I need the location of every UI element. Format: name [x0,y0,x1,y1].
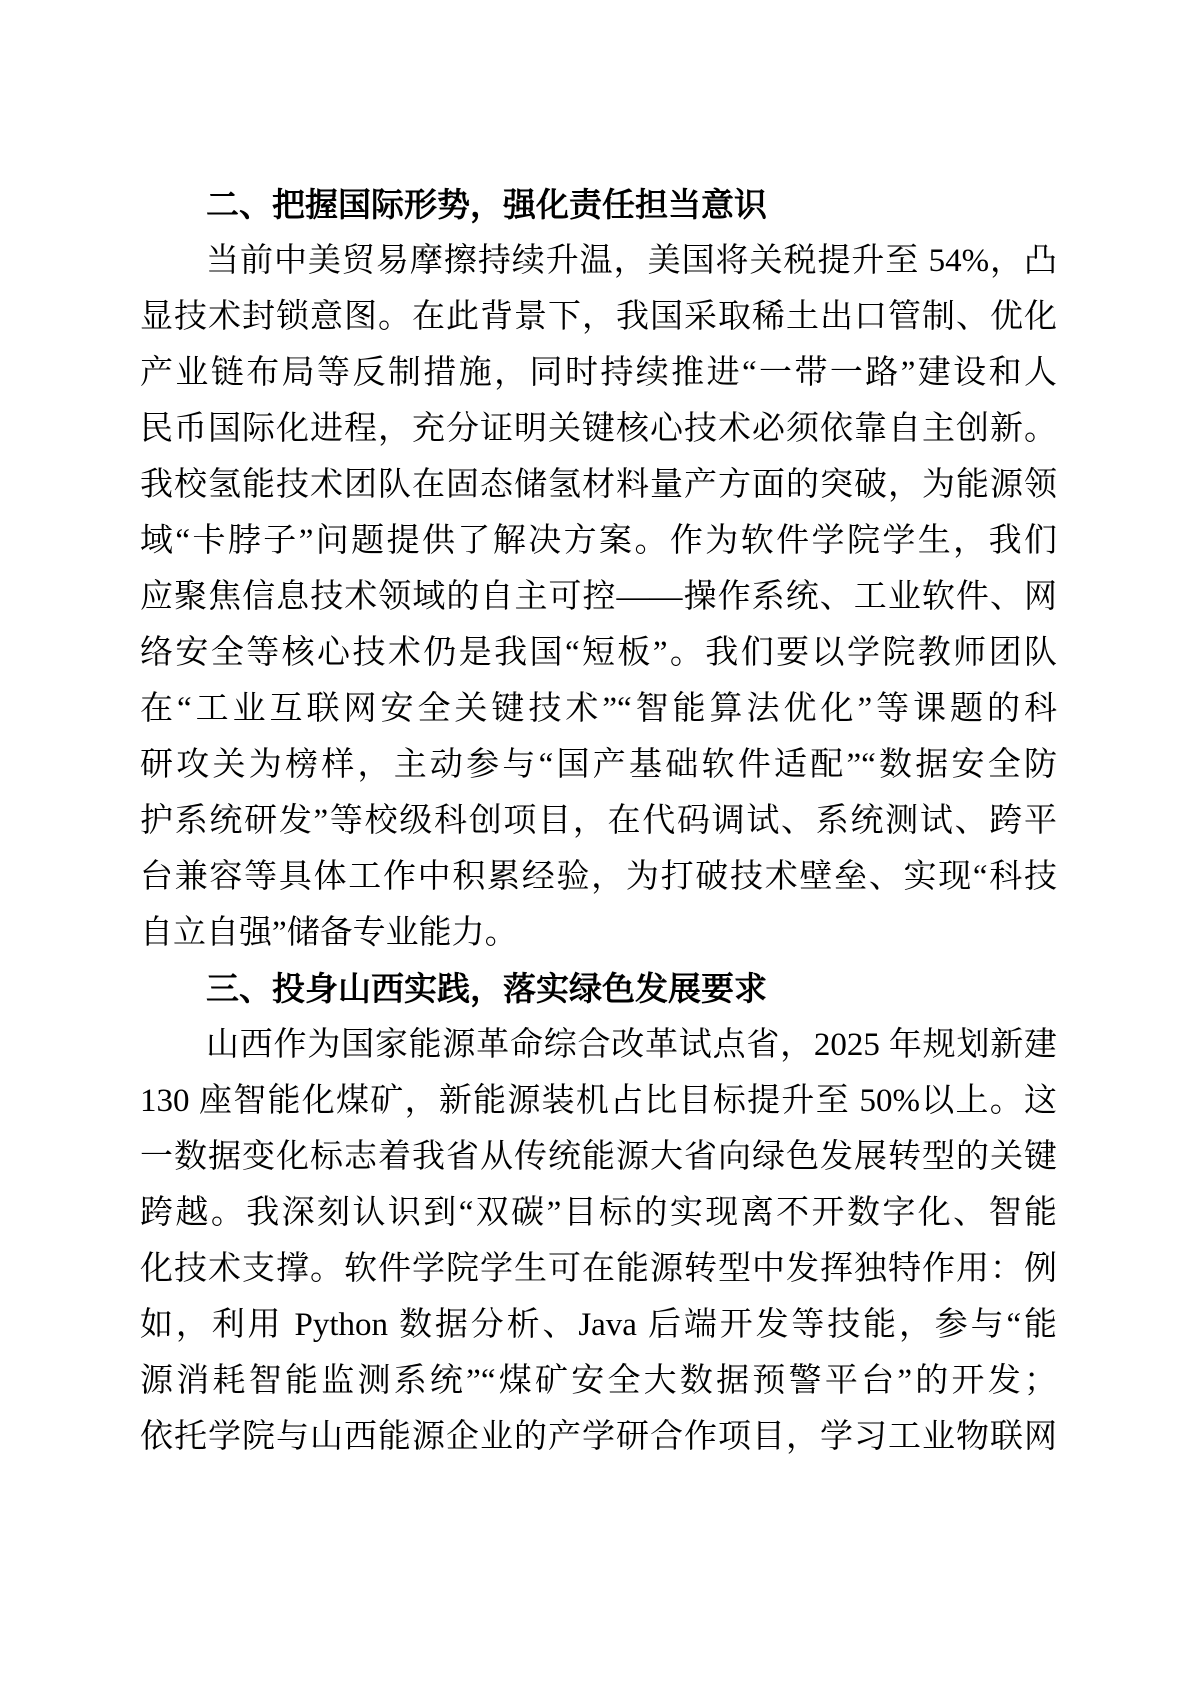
paragraph-line: 研攻关为榜样，主动参与“国产基础软件适配”“数据安全防 [140,737,1057,793]
paragraph-line: 显技术封锁意图。在此背景下，我国采取稀土出口管制、优化 [140,289,1057,345]
paragraph-line: 当前中美贸易摩擦持续升温，美国将关税提升至 54%，凸 [140,233,1057,289]
paragraph-line: 域“卡脖子”问题提供了解决方案。作为软件学院学生，我们 [140,513,1057,569]
document-section: 三、投身山西实践，落实绿色发展要求 山西作为国家能源革命综合改革试点省，2025… [140,961,1057,1465]
paragraph-line: 台兼容等具体工作中积累经验，为打破技术壁垒、实现“科技 [140,849,1057,905]
paragraph-line: 络安全等核心技术仍是我国“短板”。我们要以学院教师团队 [140,625,1057,681]
paragraph-line: 跨越。我深刻认识到“双碳”目标的实现离不开数字化、智能 [140,1185,1057,1241]
paragraph-line: 源消耗智能监测系统”“煤矿安全大数据预警平台”的开发； [140,1353,1057,1409]
paragraph-line: 产业链布局等反制措施，同时持续推进“一带一路”建设和人 [140,345,1057,401]
paragraph-line: 民币国际化进程，充分证明关键核心技术必须依靠自主创新。 [140,401,1057,457]
paragraph-line: 我校氢能技术团队在固态储氢材料量产方面的突破，为能源领 [140,457,1057,513]
paragraph-line: 依托学院与山西能源企业的产学研合作项目，学习工业物联网 [140,1409,1057,1465]
document-section: 二、把握国际形势，强化责任担当意识 当前中美贸易摩擦持续升温，美国将关税提升至 … [140,177,1057,961]
section-heading: 二、把握国际形势，强化责任担当意识 [140,177,1057,233]
paragraph-line: 一数据变化标志着我省从传统能源大省向绿色发展转型的关键 [140,1129,1057,1185]
paragraph-line: 护系统研发”等校级科创项目，在代码调试、系统测试、跨平 [140,793,1057,849]
paragraph-line: 化技术支撑。软件学院学生可在能源转型中发挥独特作用：例 [140,1241,1057,1297]
section-heading: 三、投身山西实践，落实绿色发展要求 [140,961,1057,1017]
document-page: 二、把握国际形势，强化责任担当意识 当前中美贸易摩擦持续升温，美国将关税提升至 … [0,0,1190,1683]
paragraph-line: 在“工业互联网安全关键技术”“智能算法优化”等课题的科 [140,681,1057,737]
paragraph-line: 130 座智能化煤矿，新能源装机占比目标提升至 50%以上。这 [140,1073,1057,1129]
paragraph-line: 应聚焦信息技术领域的自主可控——操作系统、工业软件、网 [140,569,1057,625]
document-body: 二、把握国际形势，强化责任担当意识 当前中美贸易摩擦持续升温，美国将关税提升至 … [140,177,1057,1465]
paragraph-line: 如，利用 Python 数据分析、Java 后端开发等技能，参与“能 [140,1297,1057,1353]
paragraph-line: 山西作为国家能源革命综合改革试点省，2025 年规划新建 [140,1017,1057,1073]
paragraph-line: 自立自强”储备专业能力。 [140,905,1057,961]
